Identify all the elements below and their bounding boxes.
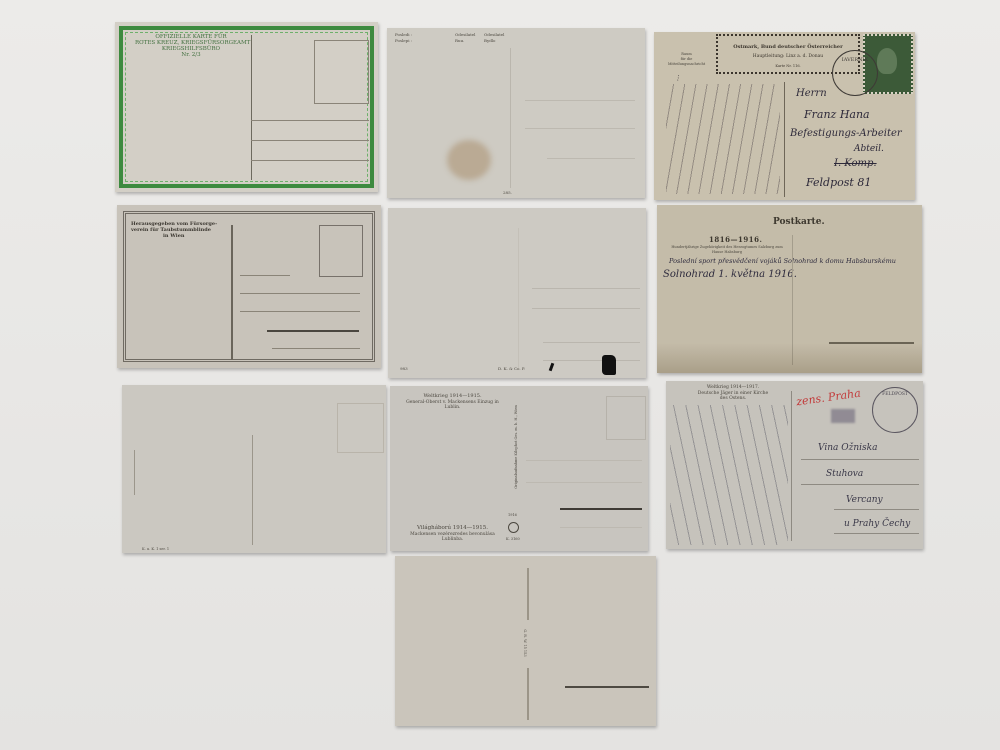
- corner-label: Odesilatel Ruu.: [455, 32, 475, 44]
- address-line: [801, 459, 919, 460]
- address-line: [526, 482, 642, 483]
- address-line: [525, 100, 635, 101]
- divider-line: [518, 228, 519, 368]
- address-line: [801, 484, 919, 485]
- divider-line: [251, 35, 252, 180]
- handwritten-date: Solnohrad 1. května 1916.: [663, 269, 797, 280]
- address-line-bold: [560, 508, 642, 510]
- address-line: [240, 275, 290, 276]
- postcard-vienna-association: Herausgegeben vom Fürsorge- verein für T…: [117, 205, 381, 368]
- stamp-box: [314, 40, 369, 104]
- print-code: K. u. K. 1 ser. 1: [142, 546, 169, 552]
- caption-german: Weltkrieg 1914—1917. Deutsche Jäger in e…: [688, 385, 778, 402]
- address-line: [525, 128, 635, 129]
- print-code: G. R. W. 15 153: [522, 603, 528, 683]
- address-line-1: Herrn: [796, 88, 827, 99]
- address-line: [560, 527, 642, 528]
- address-line: [240, 311, 360, 312]
- print-code: 285.: [503, 190, 512, 196]
- handwritten-message: [670, 405, 788, 545]
- address-line-6: Feldpost 81: [806, 176, 871, 189]
- postcard-salzburg-centenary: Postkarte. 1816—1916. Hundertjährige Zug…: [657, 205, 922, 373]
- divider-line: [791, 391, 792, 541]
- postcard-plain-inkblot: 983 D. K. & Co. P.: [388, 208, 646, 378]
- aging-stain: [657, 343, 922, 373]
- postkarte-title: Postkarte.: [773, 217, 825, 227]
- publisher-code: D. K. & Co. P.: [498, 366, 525, 372]
- address-line-bold: [267, 330, 359, 332]
- print-year: 1916: [508, 512, 517, 518]
- postcard-weltkrieg-mackensen: Weltkrieg 1914—1915. General-Oberst v. M…: [390, 386, 648, 551]
- address-line-2: Stuhova: [826, 469, 863, 479]
- address-line: [532, 308, 640, 309]
- handwritten-line-1: Poslední sport přesvědčení vojáků Solnoh…: [669, 257, 896, 265]
- address-line: [240, 293, 360, 294]
- address-line: [532, 288, 640, 289]
- card-header: Herausgegeben vom Fürsorge- verein für T…: [131, 221, 217, 239]
- publisher-side-text: Originalaufnahme Kilophot Ges. m. b. H.,…: [513, 386, 519, 517]
- address-line: [547, 158, 635, 159]
- postcard-plain: K. u. K. 1 ser. 1: [122, 385, 386, 553]
- divider-line: [510, 48, 511, 188]
- divider-line: [231, 225, 233, 360]
- postcard-red-cross: OFFIZIELLE KARTE FÜR ROTES KREUZ, KRIEGS…: [115, 22, 378, 192]
- corner-label: Posledi : Poslepi :: [395, 32, 412, 44]
- handwritten-message: ...: [672, 73, 682, 81]
- address-line: [543, 342, 640, 343]
- address-line-4: u Prahy Čechy: [844, 519, 910, 529]
- corner-label: Odesilatel Bydlo: [484, 32, 504, 44]
- publisher-logo-icon: [508, 522, 519, 533]
- postmark: FELDPOST: [872, 387, 918, 433]
- emperor-portrait-icon: [877, 48, 897, 74]
- address-line: [526, 460, 642, 461]
- address-line-1: Vina Ožniska: [818, 443, 877, 453]
- card-header: OFFIZIELLE KARTE FÜR ROTES KREUZ, KRIEGS…: [135, 34, 247, 58]
- postcard-plain-bottom: G. R. W. 15 153: [395, 556, 656, 726]
- red-censor-mark: zens. Praha: [795, 387, 861, 409]
- address-line: [251, 140, 369, 141]
- address-line: [251, 120, 369, 121]
- ink-mark: [549, 363, 555, 372]
- stamp-box: [319, 225, 363, 277]
- centenary-years: 1816—1916.: [709, 235, 762, 244]
- address-line-4: Abteil.: [854, 144, 884, 154]
- water-stain: [447, 140, 491, 180]
- divider-line: [784, 82, 785, 197]
- handwritten-message-vertical: [666, 84, 780, 194]
- subtitle: Hundertjährige Zugehörigkeit des Herzogt…: [667, 245, 787, 254]
- divider-line: [252, 435, 253, 545]
- message-label: Raum für die Mitteilungsnachricht: [664, 52, 709, 67]
- postmark: IAVERNIK: [832, 50, 878, 96]
- address-line: [543, 360, 640, 361]
- print-code: K. 3160: [506, 536, 520, 542]
- address-line: [251, 160, 369, 161]
- address-line: [272, 348, 360, 349]
- ink-blot: [602, 355, 616, 375]
- address-line: [565, 686, 649, 688]
- address-line: [834, 509, 919, 510]
- address-line-2: Franz Hana: [804, 108, 870, 121]
- caption-hungarian: Világháború 1914—1915. Mackensen vezérez…: [400, 526, 505, 543]
- address-line: [834, 533, 919, 534]
- postcard-plain-stained: Posledi : Poslepi : Odesilatel Ruu. Odes…: [387, 28, 645, 198]
- postcard-weltkrieg-censored: Weltkrieg 1914—1917. Deutsche Jäger in e…: [666, 381, 923, 549]
- address-line-3: Befestigungs-Arbeiter: [790, 128, 902, 139]
- side-line: [134, 450, 135, 495]
- stamp-box: [606, 396, 646, 440]
- postcard-ostmark-feldpost: Raum für die Mitteilungsnachricht Ostmar…: [654, 32, 915, 200]
- stamp-box: [337, 403, 384, 453]
- address-line-3: Vercany: [846, 495, 883, 505]
- caption-german: Weltkrieg 1914—1915. General-Oberst v. M…: [400, 394, 505, 411]
- address-line-5: I. Komp.: [834, 158, 877, 169]
- print-code: 983: [400, 366, 408, 372]
- censor-stamp-smudge: [831, 409, 855, 423]
